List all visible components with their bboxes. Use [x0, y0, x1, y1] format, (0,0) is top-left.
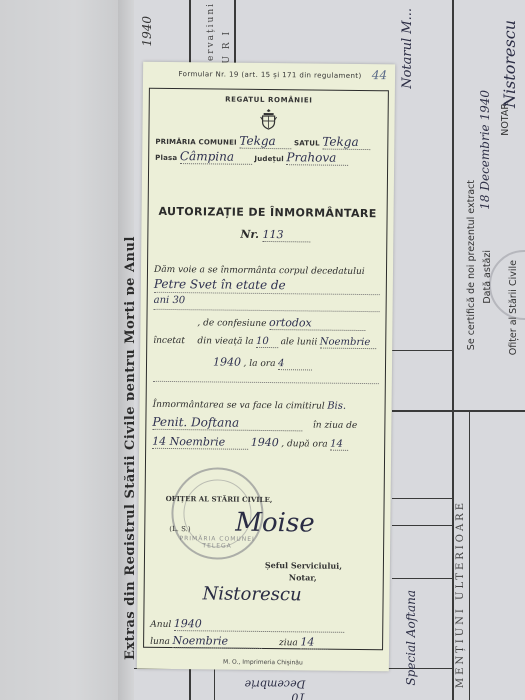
age-field: ani 30 [154, 295, 186, 306]
ledger-handwritten-date: 10 Decembrie [245, 677, 306, 700]
officer-label: OFIȚER AL STĂRII CIVILE, [166, 494, 273, 504]
date-label: Dată astăzi [482, 250, 493, 304]
officer-signature: Moise [235, 508, 315, 539]
ledger-column-line [214, 668, 215, 700]
primaria-row: PRIMĂRIA COMUNEI Tekga SATUL Tekga [155, 133, 381, 150]
ledger-handwritten-cemetery: Special Aoftana [404, 590, 418, 686]
column-header-uri: U R I [222, 30, 232, 64]
footer-month-field: Noembrie [172, 634, 262, 649]
page-number: 44 [372, 68, 387, 82]
nr-label: Nr. [240, 228, 259, 241]
head-of-service-label: Șeful Serviciului, [265, 560, 342, 571]
after-hour-label: , după ora [281, 439, 327, 449]
decedent-name-field: Petre Svet în etate de [154, 277, 286, 292]
kingdom-heading: REGATUL ROMÂNIEI [150, 95, 388, 105]
in-day-label: în ziua de [313, 420, 357, 430]
form-title: AUTORIZAȚIE DE ÎNMORMÂNTARE [149, 205, 387, 220]
footer-day-field: 14 [300, 635, 328, 649]
satul-field: Tekga [322, 135, 370, 151]
confession-row: , de confesiune ortodox [153, 315, 379, 331]
from-life-label: din vieață la [197, 336, 253, 347]
ledger-left-page [0, 0, 125, 700]
footer-year-label: Anul [150, 620, 171, 630]
footer-year-row: Anul 1940 [150, 617, 376, 633]
judetul-field: Prahova [286, 150, 348, 166]
confession-field: ortodox [269, 316, 365, 331]
seal-label: (L. S.) [169, 525, 190, 533]
ledger-row-line [392, 578, 452, 579]
footer-month-row: luna Noembrie ziua 14 [150, 634, 376, 650]
ledger-handwritten-top: Notarul M... [400, 8, 415, 89]
ledger-year-handwritten: 1940 [140, 16, 154, 47]
month-label: ale lunii [281, 337, 318, 347]
death-hour-field: 4 [278, 358, 312, 370]
form-header: Formular Nr. 19 (art. 15 și 171 din regu… [157, 70, 383, 80]
ledger-row-line [392, 410, 525, 412]
ledger-row-line [392, 525, 452, 526]
ledger-column-line [234, 0, 236, 65]
notary-signature: Nistorescu [203, 583, 302, 605]
ledger-column-line [469, 410, 470, 700]
certify-date: 18 Decembrie 1940 [478, 90, 492, 210]
dotted-line [153, 381, 379, 384]
coat-of-arms-icon [259, 108, 277, 130]
plasa-field: Câmpina [180, 149, 252, 165]
footer-day-label: ziua [279, 638, 298, 648]
judetul-label: Județul [254, 155, 284, 163]
ledger-row-line [392, 498, 452, 499]
primaria-field: Tekga [239, 134, 291, 150]
column-header-mentions: MENȚIUNI ULTERIOARE [455, 500, 466, 688]
death-month-field: Noembrie [320, 337, 376, 350]
footer-month-label: luna [150, 637, 170, 647]
age-row: ani 30 [154, 295, 380, 308]
decedent-row: Dăm voie a se înmormânta corpul decedatu… [154, 265, 380, 277]
burial-row: Înmormântarea se va face la cimitirul Bi… [153, 399, 379, 412]
death-year-field: 1940 [213, 355, 241, 368]
ledger-column-line [452, 0, 454, 700]
plasa-label: Plasa [155, 154, 177, 162]
certify-line: Se certifică de noi prezentul extract [466, 180, 477, 350]
form-border: REGATUL ROMÂNIEI PRIMĂRIA COMUNEI Tekga … [143, 88, 389, 650]
cemetery-field-1: Bis. [327, 401, 346, 412]
plasa-row: Plasa Câmpina Județul Prahova [155, 149, 381, 166]
burial-date-field: 14 Noembrie [152, 435, 248, 450]
burial-year-field: 1940 [251, 436, 279, 449]
death-day-field: 10 [256, 336, 278, 348]
confession-label: , de confesiune [197, 318, 266, 329]
name-row: Petre Svet în etate de [154, 277, 380, 293]
ledger-row-line [392, 350, 452, 351]
printer-imprint: M. O., Imprimeria Chișinău [137, 658, 389, 668]
burial-hour-field: 14 [330, 439, 348, 451]
deceased-label: încetat [153, 336, 185, 346]
cemetery-field-2: Penit. Doftana [152, 415, 302, 432]
dotted-line [154, 309, 380, 312]
notary-signature-margin: Nistorescu [500, 20, 519, 108]
cemetery-row: Penit. Doftana în ziua de [152, 415, 378, 432]
number-row: Nr. 113 [240, 228, 310, 243]
death-date-row: încetat din vieață la 10 ale lunii Noemb… [153, 335, 379, 349]
officer-label-margin: Ofițer al Stării Civile [508, 260, 519, 355]
death-year-row: 1940 , la ora 4 [153, 355, 379, 371]
hour-label: , la ora [244, 359, 276, 369]
burial-date-row: 14 Noembrie 1940 , după ora 14 [152, 435, 378, 451]
permission-text: Dăm voie a se înmormânta corpul decedatu… [154, 265, 365, 277]
satul-label: SATUL [294, 139, 320, 147]
footer-year-field: 1940 [174, 617, 344, 633]
burial-label: Înmormântarea se va face la cimitirul [153, 400, 325, 412]
burial-authorization-form: Formular Nr. 19 (art. 15 și 171 din regu… [137, 62, 395, 672]
ledger-stamp [489, 250, 525, 320]
notary-label: Notar, [289, 572, 317, 582]
nr-field: 113 [262, 228, 310, 243]
primaria-label: PRIMĂRIA COMUNEI [155, 138, 237, 147]
